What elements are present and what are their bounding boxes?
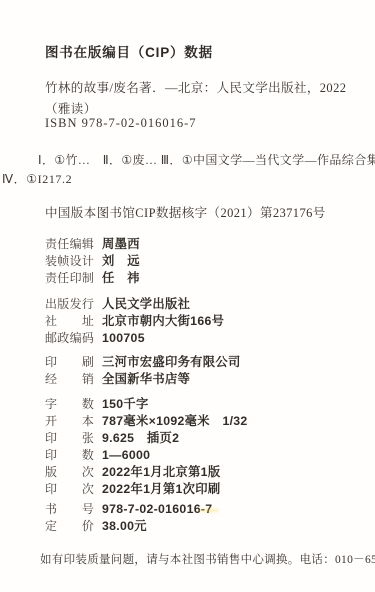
field-value: 全国新华书店等: [102, 371, 190, 388]
publisher-block: 出版发行 人民文学出版社 社 址 北京市朝内大街166号 邮政编码 100705: [45, 296, 224, 347]
field-label: 社 址: [45, 313, 98, 330]
info-row-address: 社 址 北京市朝内大街166号: [45, 313, 224, 330]
field-label: 字 数: [45, 396, 98, 413]
cip-series-line: （雅读）: [45, 99, 97, 117]
field-label: 书 号: [45, 501, 98, 518]
info-row-publisher: 出版发行 人民文学出版社: [45, 296, 224, 313]
footer-note: 如有印装质量问题，请与本社图书销售中心调换。电话：010－65233595: [40, 551, 375, 567]
field-value: 978-7-02-016016-7: [102, 501, 212, 518]
field-value: 100705: [102, 330, 145, 347]
cip-class-line-1: Ⅰ．①竹… Ⅱ．①废… Ⅲ．①中国文学—当代文学—作品综合集: [38, 151, 375, 168]
info-row-print-run: 印 数 1—6000: [45, 447, 248, 464]
field-label: 出版发行: [45, 296, 98, 313]
info-row-distributor: 经 销 全国新华书店等: [45, 371, 241, 388]
field-label: 责任印制: [45, 270, 98, 287]
field-label: 装帧设计: [45, 253, 98, 270]
info-row-word-count: 字 数 150千字: [45, 396, 248, 413]
specs-block: 字 数 150千字 开 本 787毫米×1092毫米 1/32 印 张 9.62…: [45, 396, 248, 498]
field-label: 印 刷: [45, 354, 98, 371]
printing-block: 印 刷 三河市宏盛印务有限公司 经 销 全国新华书店等: [45, 354, 241, 388]
info-row-postcode: 邮政编码 100705: [45, 330, 224, 347]
info-row-sheets: 印 张 9.625 插页2: [45, 430, 248, 447]
field-label: 责任编辑: [45, 236, 98, 253]
field-label: 印 次: [45, 481, 98, 498]
field-label: 定 价: [45, 518, 98, 535]
field-label: 经 销: [45, 371, 98, 388]
field-value: 38.00元: [102, 518, 147, 535]
field-value: 三河市宏盛印务有限公司: [102, 354, 241, 371]
field-value: 人民文学出版社: [102, 296, 190, 313]
field-label: 印 数: [45, 447, 98, 464]
field-label: 邮政编码: [45, 330, 98, 347]
field-value: 1—6000: [102, 447, 150, 464]
cip-record-line: 中国版本图书馆CIP数据核字（2021）第237176号: [45, 203, 326, 221]
field-value: 9.625 插页2: [102, 430, 179, 447]
cip-isbn-line: ISBN 978-7-02-016016-7: [45, 116, 197, 131]
info-row-book-number: 书 号 978-7-02-016016-7: [45, 501, 212, 518]
scan-artifact: [198, 508, 220, 513]
field-value: 150千字: [102, 396, 149, 413]
price-block: 书 号 978-7-02-016016-7 定 价 38.00元: [45, 501, 212, 535]
info-row-impression: 印 次 2022年1月第1次印刷: [45, 481, 248, 498]
cip-title-line: 竹林的故事/废名著．—北京：人民文学出版社，2022: [45, 78, 346, 96]
field-value: 刘 远: [102, 253, 140, 270]
field-value: 787毫米×1092毫米 1/32: [102, 413, 248, 430]
cip-class-line-2: Ⅳ．①I217.2: [2, 170, 72, 187]
info-row-edition: 版 次 2022年1月北京第1版: [45, 464, 248, 481]
info-row-designer: 装帧设计 刘 远: [45, 253, 140, 270]
info-row-format: 开 本 787毫米×1092毫米 1/32: [45, 413, 248, 430]
info-row-printer: 印 刷 三河市宏盛印务有限公司: [45, 354, 241, 371]
field-label: 印 张: [45, 430, 98, 447]
info-row-editor: 责任编辑 周墨西: [45, 236, 140, 253]
info-row-price: 定 价 38.00元: [45, 518, 212, 535]
field-value: 北京市朝内大街166号: [102, 313, 224, 330]
info-row-print-supervisor: 责任印制 任 祎: [45, 270, 140, 287]
field-value: 任 祎: [102, 270, 140, 287]
field-label: 开 本: [45, 413, 98, 430]
credits-block: 责任编辑 周墨西 装帧设计 刘 远 责任印制 任 祎: [45, 236, 140, 287]
field-value: 周墨西: [102, 236, 140, 253]
book-copyright-page: 图书在版编目（CIP）数据 竹林的故事/废名著．—北京：人民文学出版社，2022…: [0, 0, 375, 592]
cip-heading: 图书在版编目（CIP）数据: [45, 41, 213, 61]
field-label: 版 次: [45, 464, 98, 481]
field-value: 2022年1月第1次印刷: [102, 481, 220, 498]
field-value: 2022年1月北京第1版: [102, 464, 220, 481]
